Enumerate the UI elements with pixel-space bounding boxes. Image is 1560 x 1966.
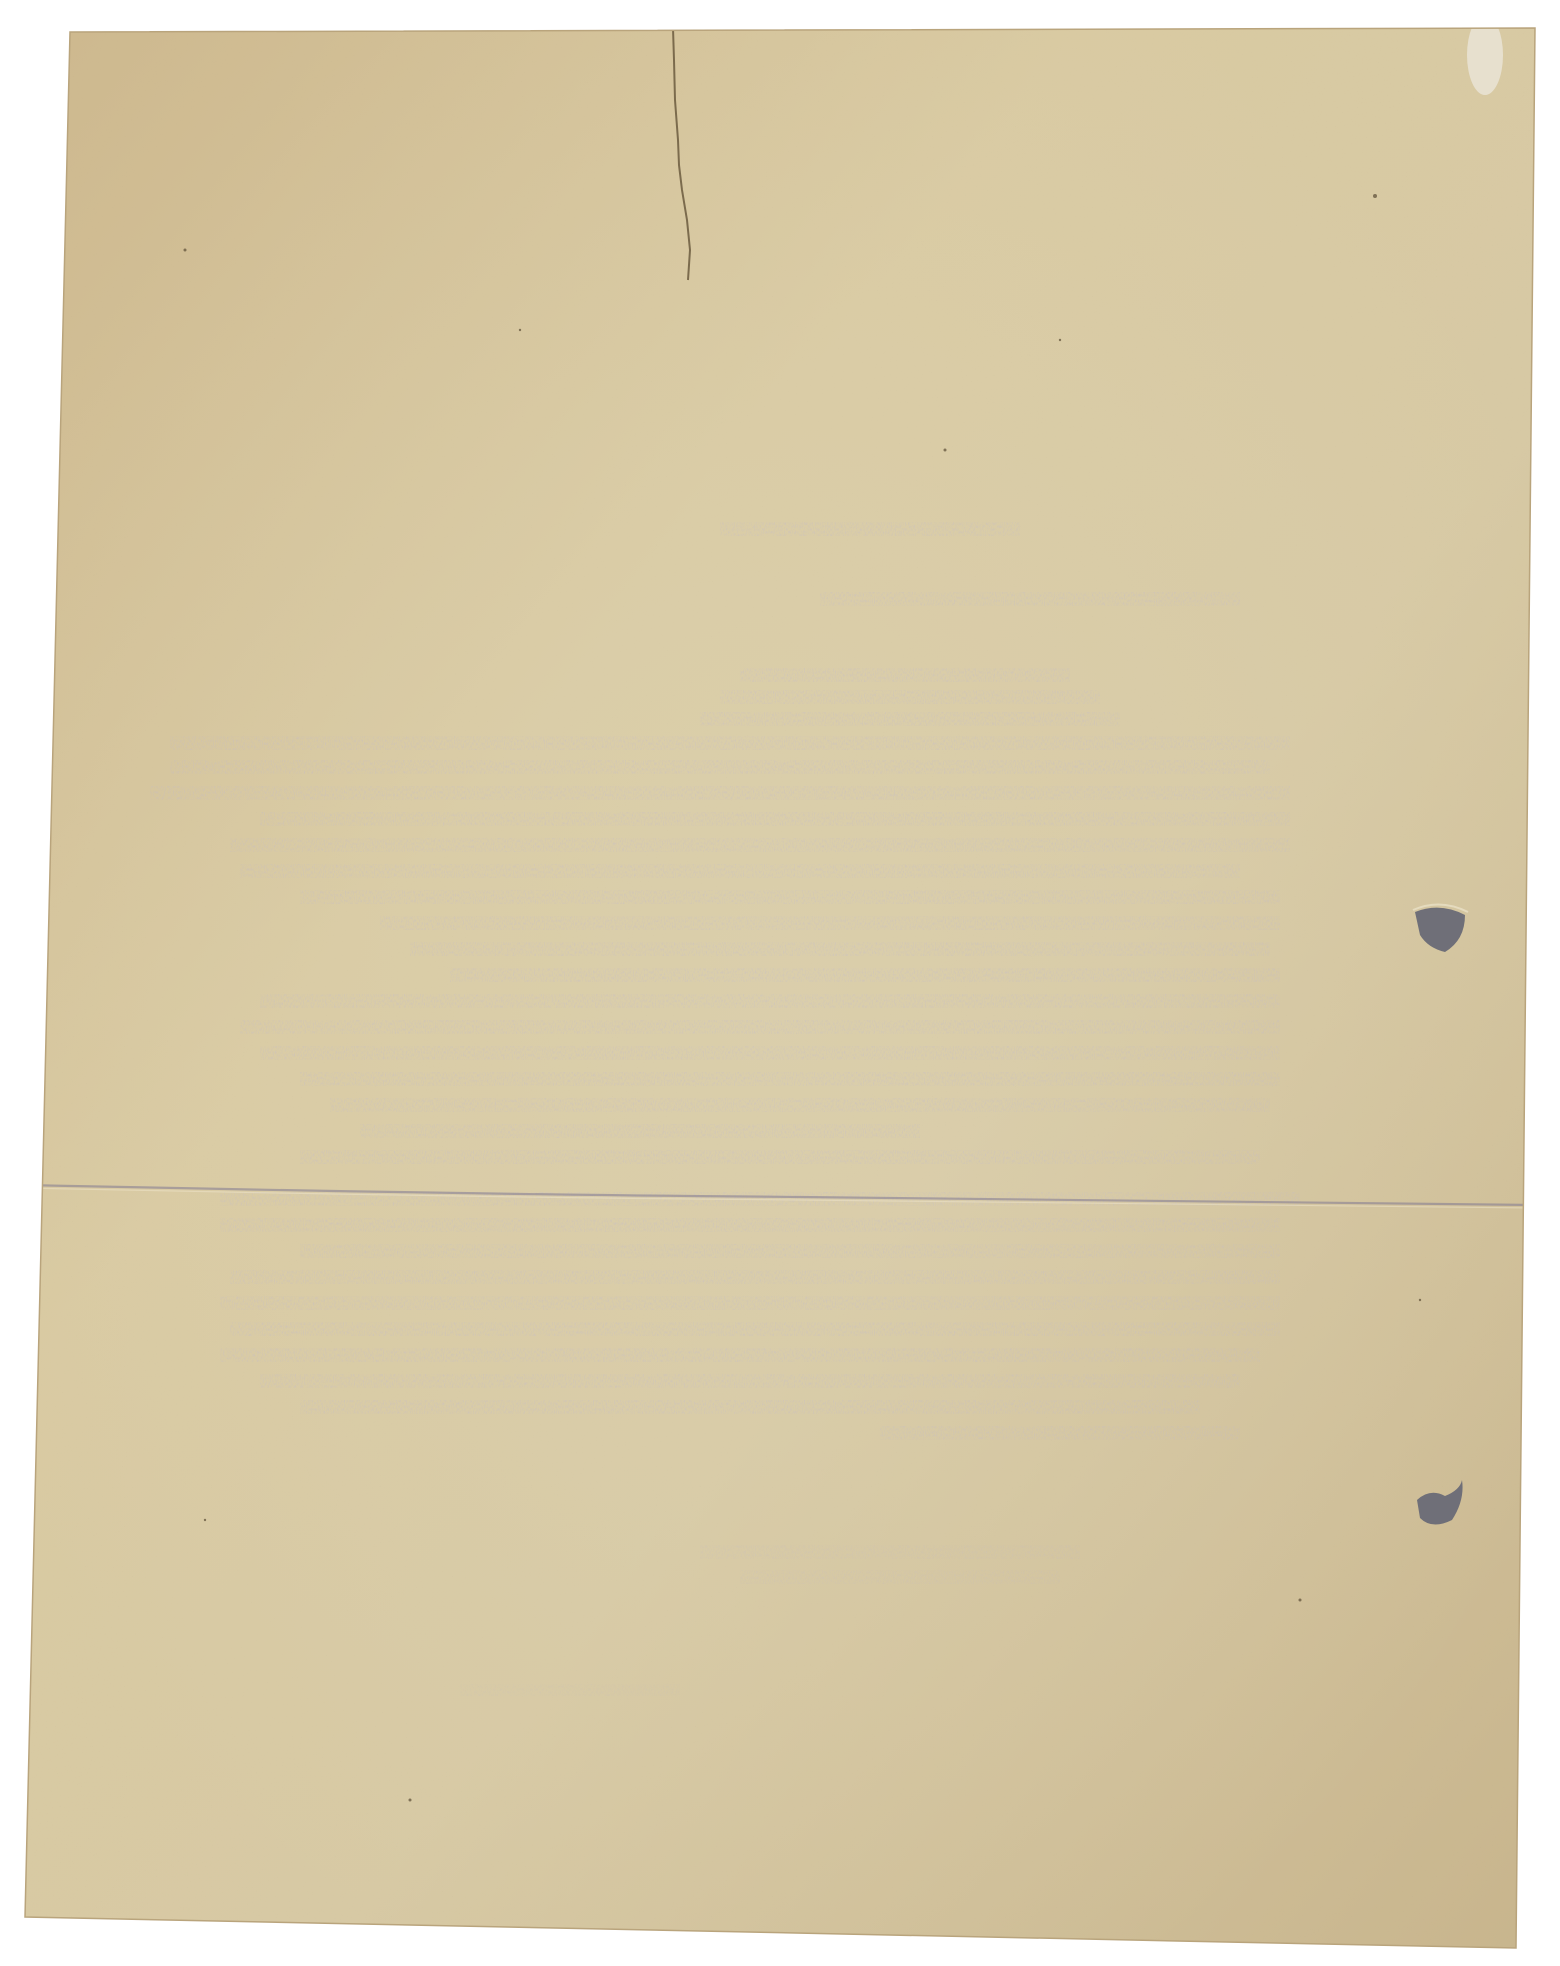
abrasion-mark bbox=[1467, 15, 1503, 95]
document-sheet: Back of an aged, yellowed typewritten pa… bbox=[0, 0, 1560, 1966]
paper-illustration bbox=[0, 0, 1560, 1966]
